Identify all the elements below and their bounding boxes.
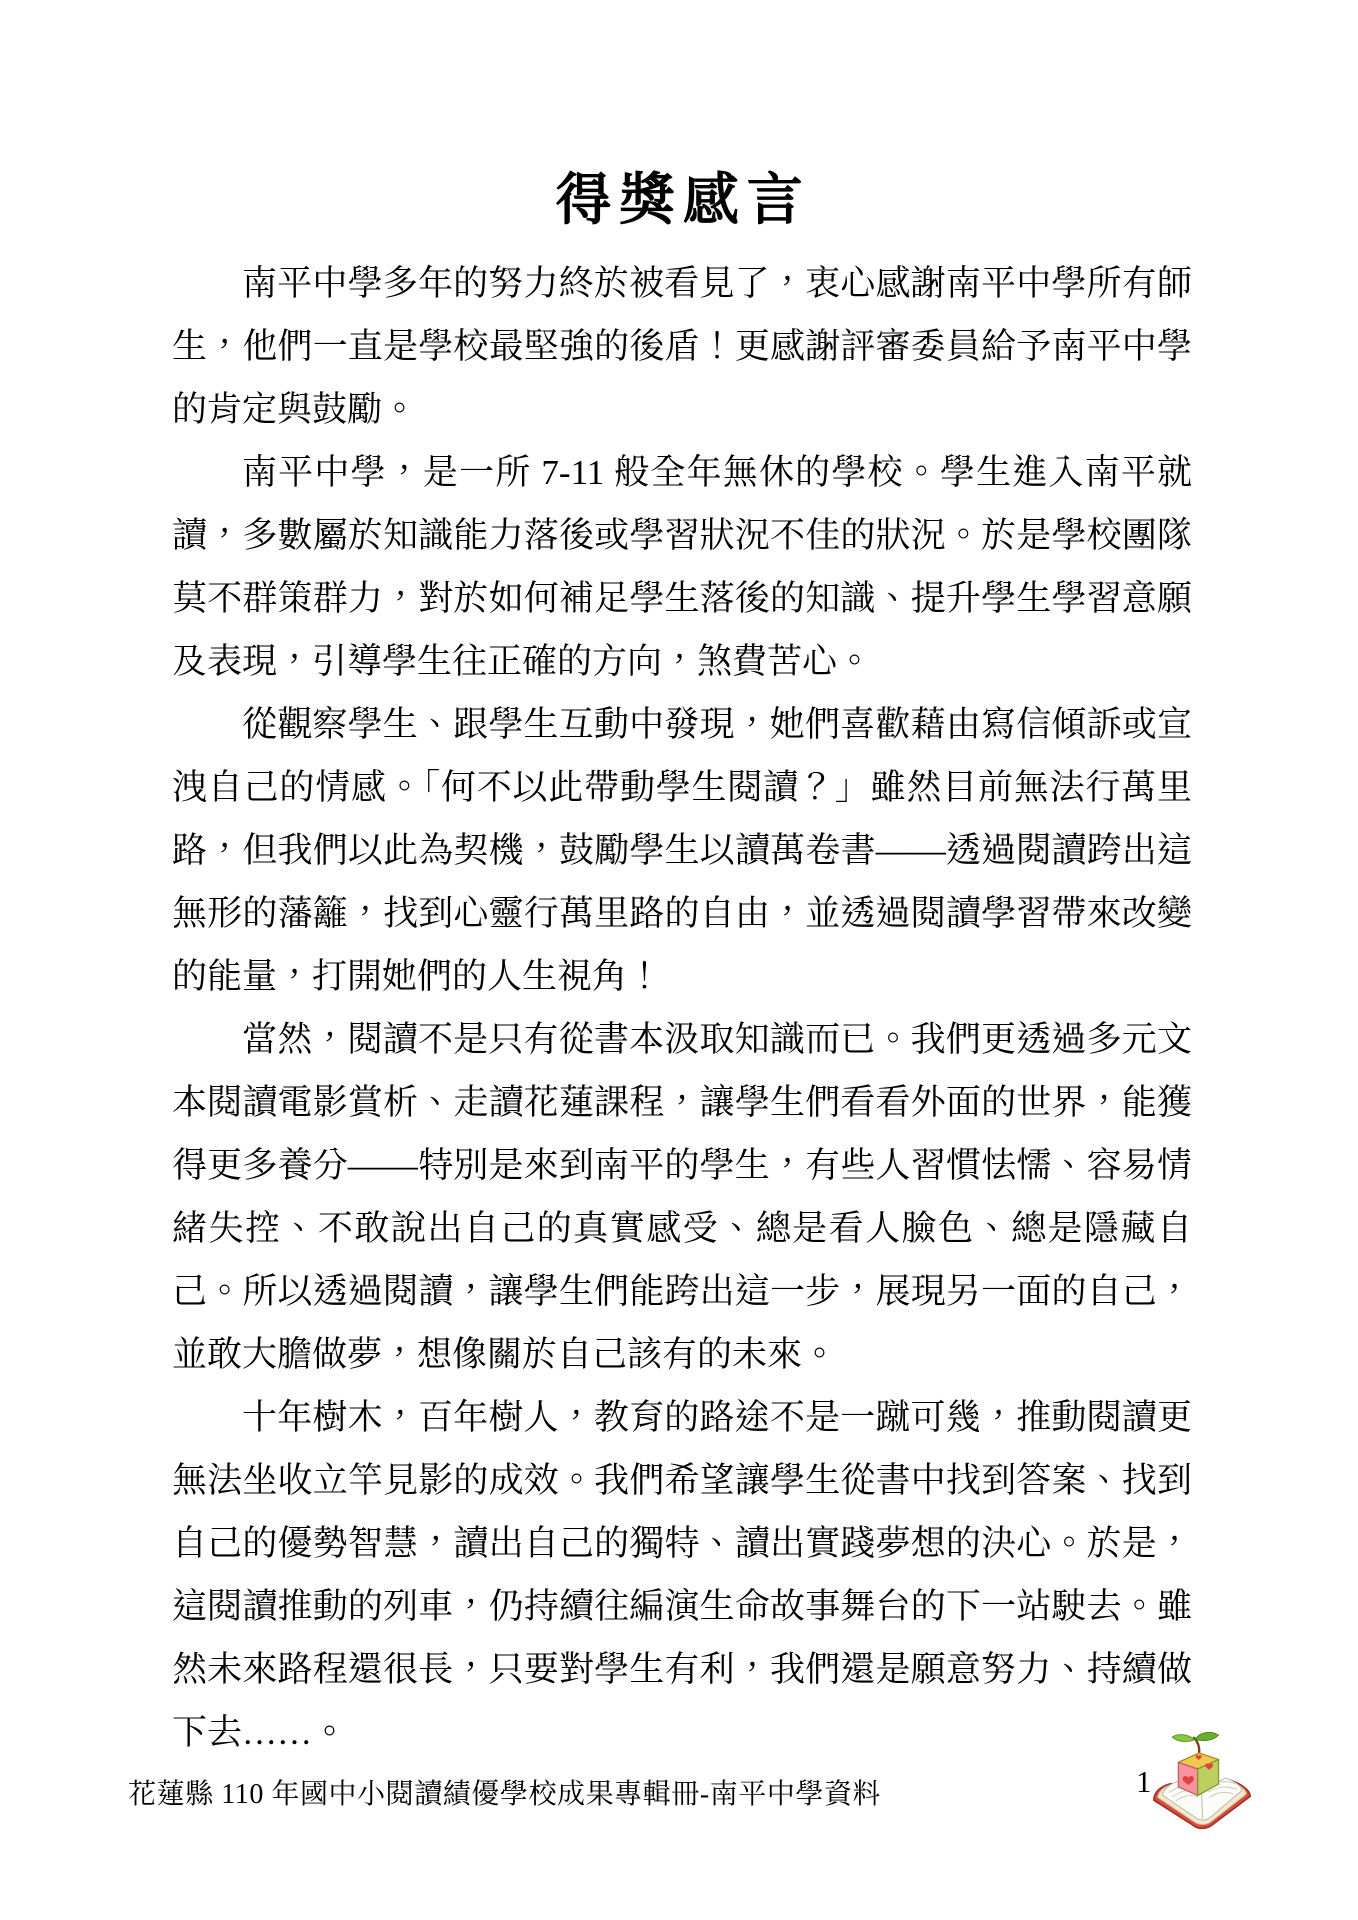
paragraph: 十年樹木，百年樹人，教育的路途不是一蹴可幾，推動閱讀更無法坐收立竿見影的成效。我… xyxy=(172,1386,1192,1764)
paragraph: 南平中學多年的努力終於被看見了，衷心感謝南平中學所有師生，他們一直是學校最堅強的… xyxy=(172,252,1192,441)
book-apple-cube-icon xyxy=(1150,1732,1254,1840)
paragraph: 從觀察學生、跟學生互動中發現，她們喜歡藉由寫信傾訴或宣洩自己的情感。「何不以此帶… xyxy=(172,693,1192,1008)
document-page: 得獎感言 南平中學多年的努力終於被看見了，衷心感謝南平中學所有師生，他們一直是學… xyxy=(0,0,1358,1920)
page-title: 得獎感言 xyxy=(0,156,1358,236)
paragraph: 當然，閱讀不是只有從書本汲取知識而已。我們更透過多元文本閱讀電影賞析、走讀花蓮課… xyxy=(172,1008,1192,1386)
paragraph: 南平中學，是一所 7-11 般全年無休的學校。學生進入南平就讀，多數屬於知識能力… xyxy=(172,441,1192,693)
body-text: 南平中學多年的努力終於被看見了，衷心感謝南平中學所有師生，他們一直是學校最堅強的… xyxy=(172,252,1192,1764)
footer-text: 花蓮縣 110 年國中小閱讀績優學校成果專輯冊-南平中學資料 xyxy=(128,1772,881,1812)
